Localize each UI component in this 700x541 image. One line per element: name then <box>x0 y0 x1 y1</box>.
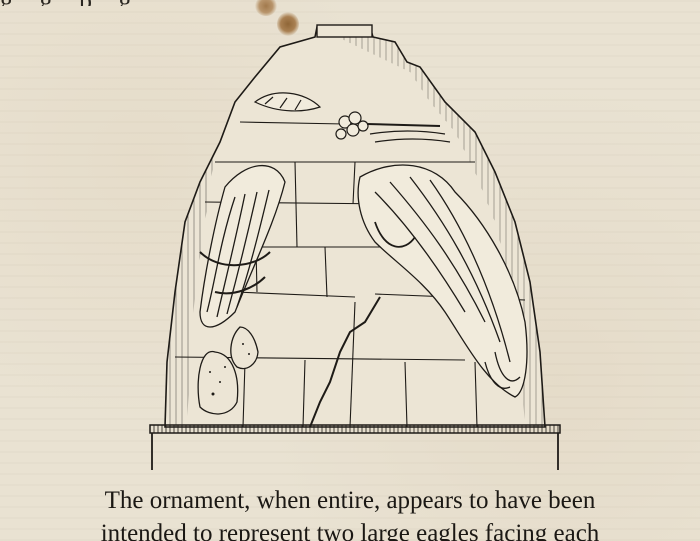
body-text-line-2: intended to represent two large eagles f… <box>0 521 700 541</box>
engraving-figure <box>145 22 565 472</box>
monument-engraving-icon <box>145 22 565 472</box>
ink-stain <box>255 0 277 16</box>
body-text-line-1: The ornament, when entire, appears to ha… <box>0 488 700 513</box>
cut-off-text-line: g g p g <box>0 0 700 6</box>
